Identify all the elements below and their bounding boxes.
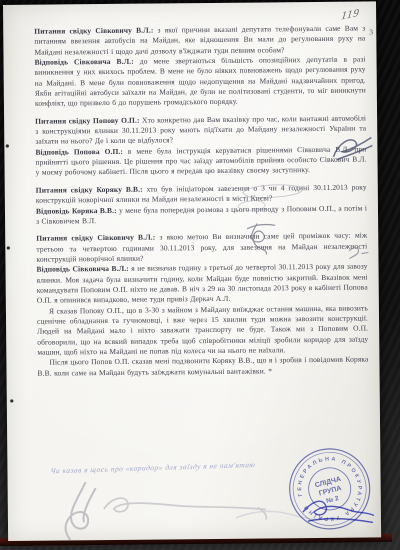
paragraph: Питання свідку Попову О.П.: Хто конкретн… [35, 113, 366, 147]
paragraph-lead: Відповідь Сівковича В.Л.: [36, 264, 128, 274]
handwritten-margin-note: Чи казав я щось про «коридор» для заїзду… [50, 458, 316, 475]
paragraph-lead: Відповідь Коряка В.В.: [36, 205, 117, 215]
paragraph-lead: Питання свідку Коряку В.В.: [36, 184, 143, 194]
paragraph-text: Після цього Попов О.П. сказав мені подзв… [37, 355, 368, 378]
paragraph-lead: Питання свідку Сівковичу В.Л.: [36, 233, 155, 243]
paragraph: Після цього Попов О.П. сказав мені подзв… [37, 355, 368, 379]
binding-mark [6, 144, 9, 147]
document-paragraphs: Питання свідку Сівковичу В.Л.: з якої пр… [34, 24, 368, 379]
paragraph: Відповідь Коряка В.В.: у мене була попер… [36, 203, 367, 227]
paragraph: Питання свідку Сівковичу В.Л.: з якої пр… [34, 24, 365, 58]
paragraph: Відповідь Сівковича В.Л.: до мене зверта… [35, 55, 366, 110]
paragraph: Я сказав Попову О.П., що в 3-30 з майном… [37, 303, 368, 358]
photo-of-document: { "page": { "handwritten_page_number": "… [0, 0, 400, 550]
binding-mark [7, 246, 10, 249]
printed-page-number: 3 [369, 27, 373, 36]
handwritten-page-number: 119 [340, 7, 360, 23]
pencil-signature [104, 497, 267, 521]
paragraph-lead: Відповідь Сівковича В.Л.: [35, 57, 134, 67]
stamp-center-line3: № 2 [326, 495, 340, 505]
paragraph-lead: Питання свідку Сівковичу В.Л.: [34, 26, 153, 36]
paragraph: Відповідь Попова О.П.: в мене була інстр… [35, 144, 366, 178]
paragraph: Питання свідку Сівковичу В.Л.: з якою ме… [36, 231, 367, 265]
paragraph-lead: Питання свідку Попову О.П.: [35, 115, 140, 125]
round-stamp: ГЕНЕРАЛЬНА ПРОКУРАТУРА УКРАЇНИ СЛІДЧА ГР… [277, 436, 382, 541]
binding-mark [10, 399, 13, 402]
paragraph-text: Я сказав Попову О.П., що в 3-30 з майном… [37, 303, 368, 357]
paragraph: Відповідь Сівковича В.Л.: я не визначав … [36, 262, 367, 307]
document-page: 119 3 Питання свідку Сівковичу В.Л.: з я… [3, 1, 381, 541]
paragraph-lead: Відповідь Попова О.П.: [35, 147, 123, 157]
pencil-signature [65, 482, 96, 541]
